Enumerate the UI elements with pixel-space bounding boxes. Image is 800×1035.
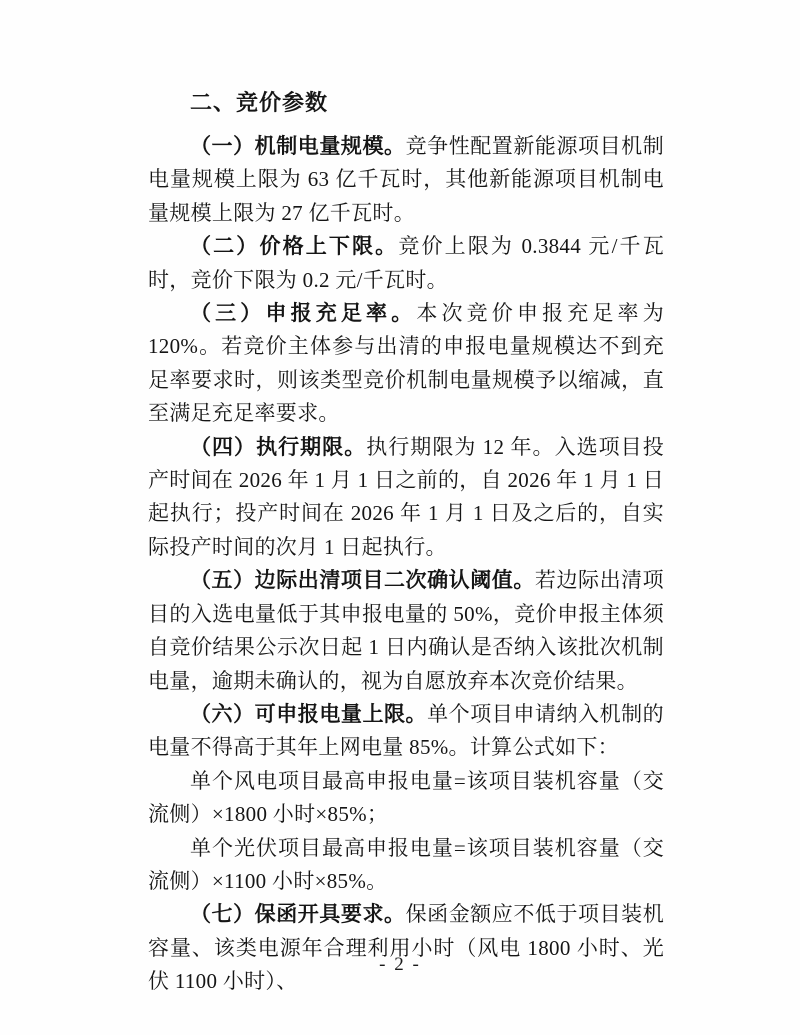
clause-7-guarantee-letter: （七）保函开具要求。保函金额应不低于项目装机容量、该类电源年合理利用小时（风电 …: [148, 898, 664, 998]
clause-1-mechanism-scale: （一）机制电量规模。竞争性配置新能源项目机制电量规模上限为 63 亿千瓦时，其他…: [148, 130, 664, 230]
clause-4-title: （四）执行期限。: [190, 435, 366, 459]
page-number: - 2 -: [0, 954, 800, 976]
section-heading: 二、竞价参数: [148, 86, 664, 119]
formula-wind: 单个风电项目最高申报电量=该项目装机容量（交流侧）×1800 小时×85%；: [148, 765, 664, 832]
clause-4-execution-period: （四）执行期限。执行期限为 12 年。入选项目投产时间在 2026 年 1 月 …: [148, 431, 664, 565]
clause-6-declarable-cap: （六）可申报电量上限。单个项目申请纳入机制的电量不得高于其年上网电量 85%。计…: [148, 698, 664, 765]
document-page: 二、竞价参数 （一）机制电量规模。竞争性配置新能源项目机制电量规模上限为 63 …: [0, 0, 800, 1035]
clause-1-title: （一）机制电量规模。: [190, 134, 406, 158]
formula-solar-text: 单个光伏项目最高申报电量=该项目装机容量（交流侧）×1100 小时×85%。: [148, 836, 664, 893]
clause-6-title: （六）可申报电量上限。: [190, 702, 427, 726]
clause-5-title: （五）边际出清项目二次确认阈值。: [190, 568, 535, 592]
clause-2-price-limits: （二）价格上下限。竞价上限为 0.3844 元/千瓦时，竞价下限为 0.2 元/…: [148, 230, 664, 297]
formula-wind-text: 单个风电项目最高申报电量=该项目装机容量（交流侧）×1800 小时×85%；: [148, 769, 664, 826]
clause-3-adequacy-rate: （三）申报充足率。本次竞价申报充足率为 120%。若竞价主体参与出清的申报电量规…: [148, 297, 664, 431]
clause-5-confirmation-threshold: （五）边际出清项目二次确认阈值。若边际出清项目的入选电量低于其申报电量的 50%…: [148, 564, 664, 698]
formula-solar: 单个光伏项目最高申报电量=该项目装机容量（交流侧）×1100 小时×85%。: [148, 832, 664, 899]
clause-2-title: （二）价格上下限。: [190, 234, 398, 258]
clause-3-title: （三）申报充足率。: [190, 301, 416, 325]
document-body: 二、竞价参数 （一）机制电量规模。竞争性配置新能源项目机制电量规模上限为 63 …: [148, 86, 664, 999]
clause-7-title: （七）保函开具要求。: [190, 902, 406, 926]
